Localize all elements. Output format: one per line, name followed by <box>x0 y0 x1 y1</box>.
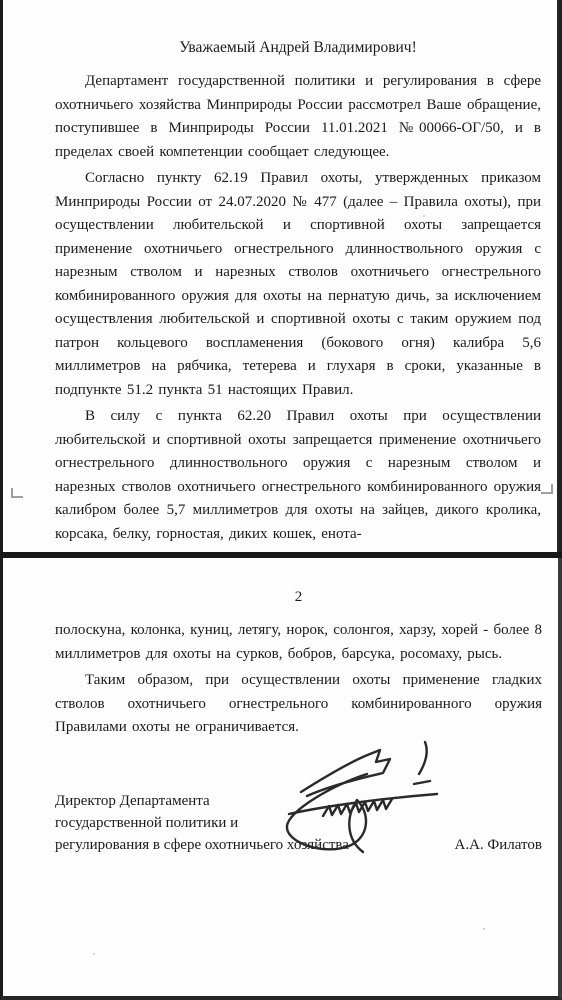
scan-speckle <box>63 515 65 517</box>
signatory-name: А.А. Филатов <box>455 834 543 856</box>
scan-corner-mark <box>541 484 553 494</box>
scan-speckle <box>483 928 485 930</box>
letter-page-1: Уважаемый Андрей Владимирович! Департаме… <box>0 0 562 552</box>
signoff-block: Директор Департамента государственной по… <box>55 790 542 856</box>
paragraph-rule-62-20: В силу с пункта 62.20 Правил охоты при о… <box>55 405 541 546</box>
signoff-title-line: регулирования в сфере охотничьего хозяйс… <box>55 834 349 856</box>
page-number: 2 <box>55 586 542 608</box>
paragraph-conclusion: Таким образом, при осуществлении охоты п… <box>55 669 542 740</box>
signoff-title: Директор Департамента государственной по… <box>55 790 349 856</box>
signoff-title-line: государственной политики и <box>55 812 349 834</box>
salutation: Уважаемый Андрей Владимирович! <box>55 36 541 59</box>
paragraph-continuation: полоскуна, колонка, куниц, летягу, норок… <box>55 619 542 666</box>
paragraph-intro: Департамент государственной политики и р… <box>55 70 541 164</box>
scan-speckle <box>123 300 125 302</box>
scan-speckle <box>93 953 95 955</box>
scan-corner-mark <box>11 488 23 498</box>
letter-page-2: 2 полоскуна, колонка, куниц, летягу, нор… <box>0 558 562 1000</box>
scanned-letter: Уважаемый Андрей Владимирович! Департаме… <box>0 0 562 1000</box>
scan-speckle <box>263 678 265 680</box>
signoff-title-line: Директор Департамента <box>55 790 349 812</box>
scan-speckle <box>353 530 355 532</box>
scan-speckle <box>423 215 425 217</box>
paragraph-rule-62-19: Согласно пункту 62.19 Правил охоты, утве… <box>55 167 541 402</box>
